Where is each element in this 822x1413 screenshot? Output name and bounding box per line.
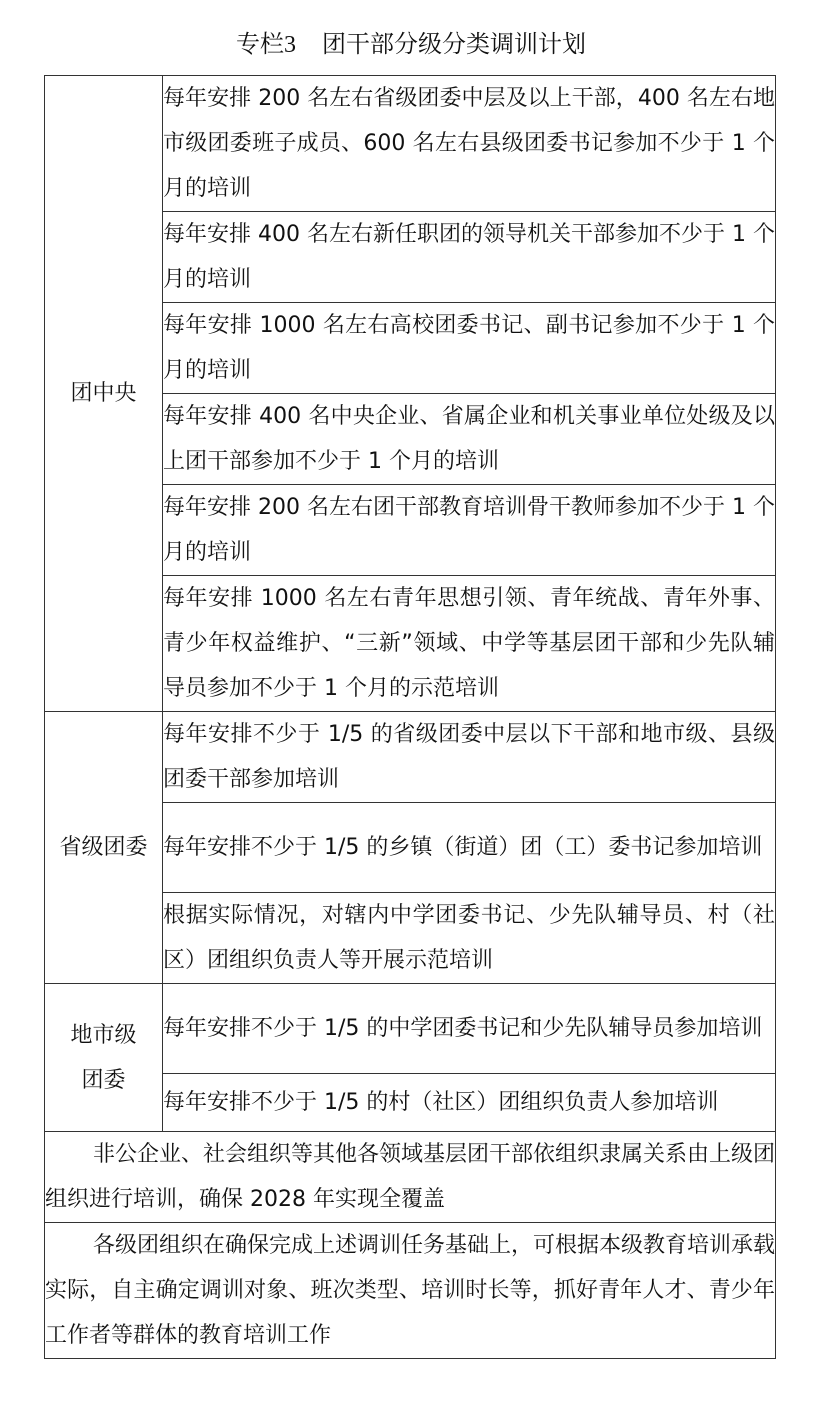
page-title: 专栏3团干部分级分类调训计划	[0, 24, 822, 65]
plan-item: 每年安排不少于 1/5 的中学团委书记和少先队辅导员参加培训	[163, 984, 776, 1074]
table-row: 地市级 团委 每年安排不少于 1/5 的中学团委书记和少先队辅导员参加培训	[45, 984, 776, 1074]
plan-item: 每年安排不少于 1/5 的省级团委中层以下干部和地市级、县级团委干部参加培训	[163, 712, 776, 803]
note-text: 各级团组织在确保完成上述调训任务基础上，可根据本级教育培训承载实际，自主确定调训…	[45, 1233, 775, 1348]
plan-item: 每年安排 400 名中央企业、省属企业和机关事业单位处级及以上团干部参加不少于 …	[163, 394, 776, 485]
title-text: 团干部分级分类调训计划	[322, 30, 586, 58]
title-number: 3	[284, 32, 296, 58]
plan-item: 每年安排 200 名左右省级团委中层及以上干部，400 名左右地市级团委班子成员…	[163, 76, 776, 212]
plan-item: 根据实际情况，对辖内中学团委书记、少先队辅导员、村（社区）团组织负责人等开展示范…	[163, 893, 776, 984]
plan-item: 每年安排 400 名左右新任职团的领导机关干部参加不少于 1 个月的培训	[163, 212, 776, 303]
plan-item: 每年安排 1000 名左右青年思想引领、青年统战、青年外事、青少年权益维护、“三…	[163, 576, 776, 712]
plan-item: 每年安排 1000 名左右高校团委书记、副书记参加不少于 1 个月的培训	[163, 303, 776, 394]
title-prefix: 专栏	[236, 30, 284, 58]
plan-item: 每年安排不少于 1/5 的村（社区）团组织负责人参加培训	[163, 1074, 776, 1132]
training-plan-table: 团中央 每年安排 200 名左右省级团委中层及以上干部，400 名左右地市级团委…	[44, 75, 776, 1359]
plan-item: 每年安排 200 名左右团干部教育培训骨干教师参加不少于 1 个月的培训	[163, 485, 776, 576]
category-municipal-line2: 团委	[45, 1058, 162, 1103]
note-row: 各级团组织在确保完成上述调训任务基础上，可根据本级教育培训承载实际，自主确定调训…	[45, 1223, 776, 1359]
table-row: 非公企业、社会组织等其他各领域基层团干部依组织隶属关系由上级团组织进行培训，确保…	[45, 1132, 776, 1223]
note-text: 非公企业、社会组织等其他各领域基层团干部依组织隶属关系由上级团组织进行培训，确保…	[45, 1142, 775, 1212]
note-row: 非公企业、社会组织等其他各领域基层团干部依组织隶属关系由上级团组织进行培训，确保…	[45, 1132, 776, 1223]
category-central: 团中央	[45, 76, 163, 712]
category-municipal: 地市级 团委	[45, 984, 163, 1132]
category-municipal-line1: 地市级	[45, 1013, 162, 1058]
table-row: 省级团委 每年安排不少于 1/5 的省级团委中层以下干部和地市级、县级团委干部参…	[45, 712, 776, 803]
category-provincial: 省级团委	[45, 712, 163, 984]
table-row: 团中央 每年安排 200 名左右省级团委中层及以上干部，400 名左右地市级团委…	[45, 76, 776, 212]
plan-item: 每年安排不少于 1/5 的乡镇（街道）团（工）委书记参加培训	[163, 803, 776, 893]
table-row: 各级团组织在确保完成上述调训任务基础上，可根据本级教育培训承载实际，自主确定调训…	[45, 1223, 776, 1359]
